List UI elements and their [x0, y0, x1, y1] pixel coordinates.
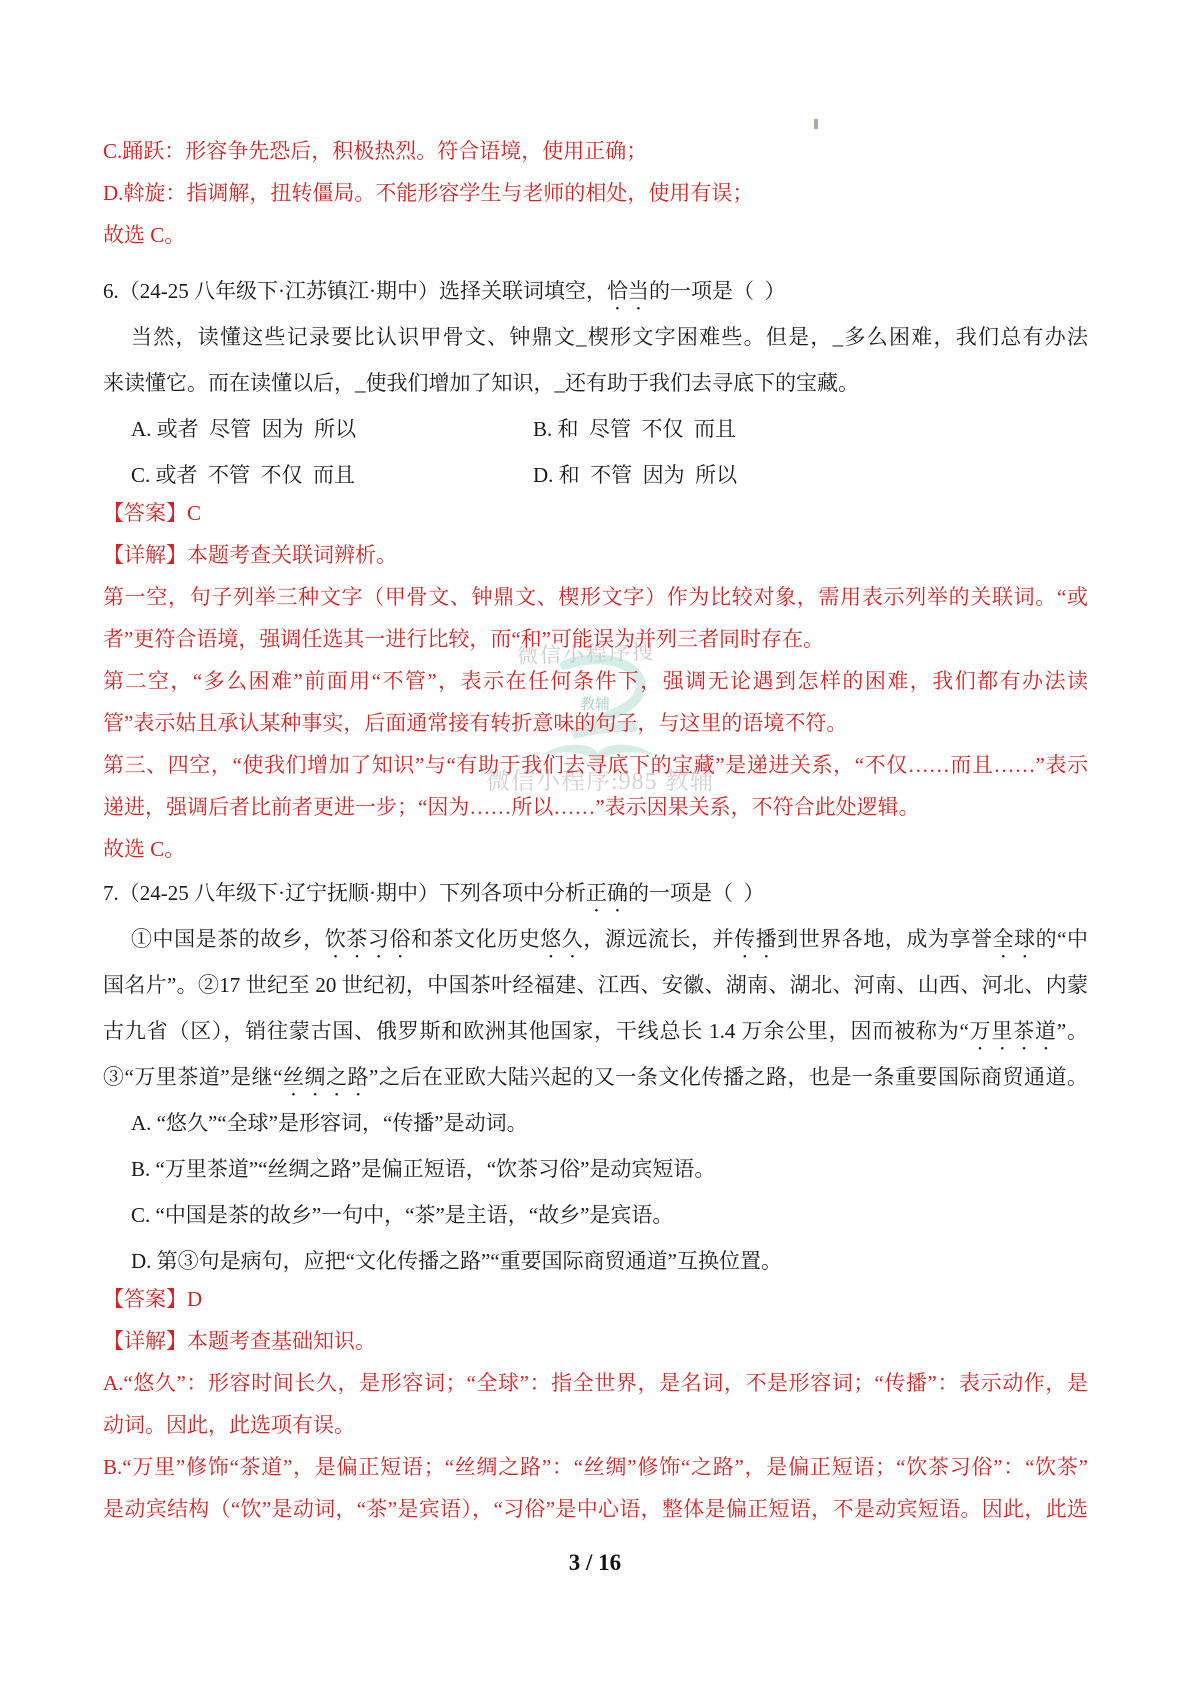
text-run: ，源远流长，并 [583, 927, 734, 951]
text-run: 第一空，句子列举三种文字（甲骨文、钟鼎文、楔形文字）作为比较对象，需用表示列举的… [103, 585, 1088, 609]
exam-document-lines: C.踊跃：形容争先恐后，积极热烈。符合语境，使用正确；D.斡旋：指调解，扭转僵局… [103, 130, 1088, 1530]
emphasized-text: 万里茶道 [969, 1019, 1057, 1043]
text-run: 【答案】C [103, 501, 201, 525]
scan-artifact [814, 119, 818, 129]
analysis-q7-b-line1: B.“万里”修饰“茶道”，是偏正短语；“丝绸之路”：“丝绸”修饰“之路”，是偏正… [103, 1446, 1088, 1488]
analysis-q6-blank1-line1: 第一空，句子列举三种文字（甲骨文、钟鼎文、楔形文字）作为比较对象，需用表示列举的… [103, 576, 1088, 618]
option-group: A. 或者 尽管 因为 所以 [131, 406, 533, 452]
emphasized-text: 丝绸之路 [283, 1065, 370, 1089]
text-run: 【答案】D [103, 1287, 202, 1311]
text-run: ”之后在亚欧大陆兴起的又一条文化传播之路，也是一条重要国际商贸通道。 [369, 1065, 1088, 1089]
text-run: 管”表示姑且承认某种事实，后面通常接有转折意味的句子，与这里的语境不符。 [103, 711, 847, 735]
text-run: 动词。因此，此选项有误。 [103, 1413, 355, 1437]
option-group: B. 和 尽管 不仅 而且 [533, 417, 736, 441]
analysis-q6-blank34-line1: 第三、四空，“使我们增加了知识”与“有助于我们去寻底下的宝藏”是递进关系，“不仅… [103, 744, 1088, 786]
emphasized-text: 恰当 [607, 279, 649, 303]
text-run: 第三、四空，“使我们增加了知识”与“有助于我们去寻底下的宝藏”是递进关系，“不仅… [103, 753, 1088, 777]
text-run: B.“万里”修饰“茶道”，是偏正短语；“丝绸之路”：“丝绸”修饰“之路”，是偏正… [103, 1455, 1088, 1479]
passage-q7-line-2: 国名片”。②17 世纪至 20 世纪初，中国茶叶经福建、江西、安徽、湖南、湖北、… [103, 962, 1088, 1008]
text-run: 来读懂它。而在读懂以后，_使我们增加了知识，_还有助于我们去寻底下的宝藏。 [103, 371, 859, 395]
options-q6-row-ab: A. 或者 尽管 因为 所以B. 和 尽管 不仅 而且 [103, 406, 1088, 452]
explanation-q5-option-c: C.踊跃：形容争先恐后，积极热烈。符合语境，使用正确； [103, 130, 1088, 172]
text-run: 古九省（区），销往蒙古国、俄罗斯和欧洲其他国家，干线总长 1.4 万余公里，因而… [103, 1019, 969, 1043]
text-run: 的“中 [1036, 927, 1088, 951]
emphasized-text: 饮茶习俗 [325, 927, 411, 951]
analysis-q6-blank2-line2: 管”表示姑且承认某种事实，后面通常接有转折意味的句子，与这里的语境不符。 [103, 702, 1088, 744]
text-run: 【详解】本题考查基础知识。 [103, 1329, 376, 1353]
text-run: 国名片”。②17 世纪至 20 世纪初，中国茶叶经福建、江西、安徽、湖南、湖北、… [103, 973, 1088, 997]
text-run: 7.（24-25 八年级下·辽宁抚顺·期中）下列各项中分析 [103, 881, 586, 905]
text-run: 的一项是（ ） [649, 279, 786, 303]
text-run: C.踊跃：形容争先恐后，积极热烈。符合语境，使用正确； [103, 139, 647, 163]
emphasized-text: 悠久 [540, 927, 583, 951]
text-run: 和茶文化历史 [411, 927, 540, 951]
answer-q7: 【答案】D [103, 1278, 1088, 1320]
analysis-q6-blank2-line1: 第二空，“多么困难”前面用“不管”，表示在任何条件下，强调无论遇到怎样的困难，我… [103, 660, 1088, 702]
analysis-q6-blank34-line2: 递进，强调后者比前者更进一步；“因为……所以……”表示因果关系，不符合此处逻辑。 [103, 786, 1088, 828]
analysis-q6-blank1-line2: 者”更符合语境，强调任选其一进行比较，而“和”可能误为并列三者同时存在。 [103, 618, 1088, 660]
option-q7-c: C. “中国是茶的故乡”一句中，“茶”是主语，“故乡”是宾语。 [103, 1192, 1088, 1238]
text-run: 者”更符合语境，强调任选其一进行比较，而“和”可能误为并列三者同时存在。 [103, 627, 824, 651]
option-group: D. 和 不管 因为 所以 [533, 463, 737, 487]
passage-q7-line-1: ①中国是茶的故乡，饮茶习俗和茶文化历史悠久，源远流长，并传播到世界各地，成为享誉… [103, 916, 1088, 962]
text-run: 递进，强调后者比前者更进一步；“因为……所以……”表示因果关系，不符合此处逻辑。 [103, 795, 920, 819]
analysis-q6-conclusion: 故选 C。 [103, 828, 1088, 870]
explanation-q5-option-d: D.斡旋：指调解，扭转僵局。不能形容学生与老师的相处，使用有误； [103, 172, 1088, 214]
page-number: 3 / 16 [0, 1550, 1190, 1576]
answer-q6: 【答案】C [103, 492, 1088, 534]
text-run: 是动宾结构（“饮”是动词，“茶”是宾语），“习俗”是中心语，整体是偏正短语，不是… [103, 1497, 1088, 1521]
text-run: 第二空，“多么困难”前面用“不管”，表示在任何条件下，强调无论遇到怎样的困难，我… [103, 669, 1088, 702]
analysis-q6-intro: 【详解】本题考查关联词辨析。 [103, 534, 1088, 576]
analysis-q7-intro: 【详解】本题考查基础知识。 [103, 1320, 1088, 1362]
emphasized-text: 传播 [734, 927, 777, 951]
option-q7-b: B. “万里茶道”“丝绸之路”是偏正短语，“饮茶习俗”是动宾短语。 [103, 1146, 1088, 1192]
passage-q7-line-4: ③“万里茶道”是继“丝绸之路”之后在亚欧大陆兴起的又一条文化传播之路，也是一条重… [103, 1054, 1088, 1100]
analysis-q7-a-line1: A.“悠久”：形容时间长久，是形容词；“全球”：指全世界，是名词，不是形容词；“… [103, 1362, 1088, 1404]
question-7-stem: 7.（24-25 八年级下·辽宁抚顺·期中）下列各项中分析正确的一项是（ ） [103, 870, 1088, 916]
question-6-stem: 6.（24-25 八年级下·江苏镇江·期中）选择关联词填空，恰当的一项是（ ） [103, 268, 1088, 314]
text-run: ①中国是茶的故乡， [131, 927, 325, 951]
text-run: C. “中国是茶的故乡”一句中，“茶”是主语，“故乡”是宾语。 [131, 1203, 673, 1227]
option-q7-a: A. “悠久”“全球”是形容词，“传播”是动词。 [103, 1100, 1088, 1146]
text-run: B. “万里茶道”“丝绸之路”是偏正短语，“饮茶习俗”是动宾短语。 [131, 1157, 715, 1181]
text-run: 故选 C。 [103, 223, 185, 247]
text-run: 故选 C。 [103, 837, 185, 861]
text-run: 到世界各地，成为享誉 [777, 927, 992, 951]
text-run: D. 第③句是病句，应把“文化传播之路”“重要国际商贸通道”互换位置。 [131, 1249, 782, 1273]
analysis-q7-a-line2: 动词。因此，此选项有误。 [103, 1404, 1088, 1446]
analysis-q7-b-line2: 是动宾结构（“饮”是动词，“茶”是宾语），“习俗”是中心语，整体是偏正短语，不是… [103, 1488, 1088, 1530]
text-run: D.斡旋：指调解，扭转僵局。不能形容学生与老师的相处，使用有误； [103, 181, 753, 205]
passage-q7-line-3: 古九省（区），销往蒙古国、俄罗斯和欧洲其他国家，干线总长 1.4 万余公里，因而… [103, 1008, 1088, 1054]
text-run: ③“万里茶道”是继“ [103, 1065, 283, 1089]
explanation-q5-conclusion: 故选 C。 [103, 214, 1088, 256]
text-run: 【详解】本题考查关联词辨析。 [103, 543, 397, 567]
text-run: ”。 [1057, 1019, 1088, 1043]
text-run: A. “悠久”“全球”是形容词，“传播”是动词。 [131, 1111, 528, 1135]
text-run: A.“悠久”：形容时间长久，是形容词；“全球”：指全世界，是名词，不是形容词；“… [103, 1371, 1088, 1395]
passage-q6-line-1: 当然，读懂这些记录要比认识甲骨文、钟鼎文_楔形文字困难些。但是，_多么困难，我们… [103, 314, 1088, 360]
passage-q6-line-2: 来读懂它。而在读懂以后，_使我们增加了知识，_还有助于我们去寻底下的宝藏。 [103, 360, 1088, 406]
text-run: 的一项是（ ） [628, 881, 765, 905]
emphasized-text: 正确 [586, 881, 628, 905]
emphasized-text: 全球 [993, 927, 1036, 951]
text-run: 6.（24-25 八年级下·江苏镇江·期中）选择关联词填空， [103, 279, 607, 303]
text-run: 当然，读懂这些记录要比认识甲骨文、钟鼎文_楔形文字困难些。但是，_多么困难，我们… [131, 325, 1088, 349]
